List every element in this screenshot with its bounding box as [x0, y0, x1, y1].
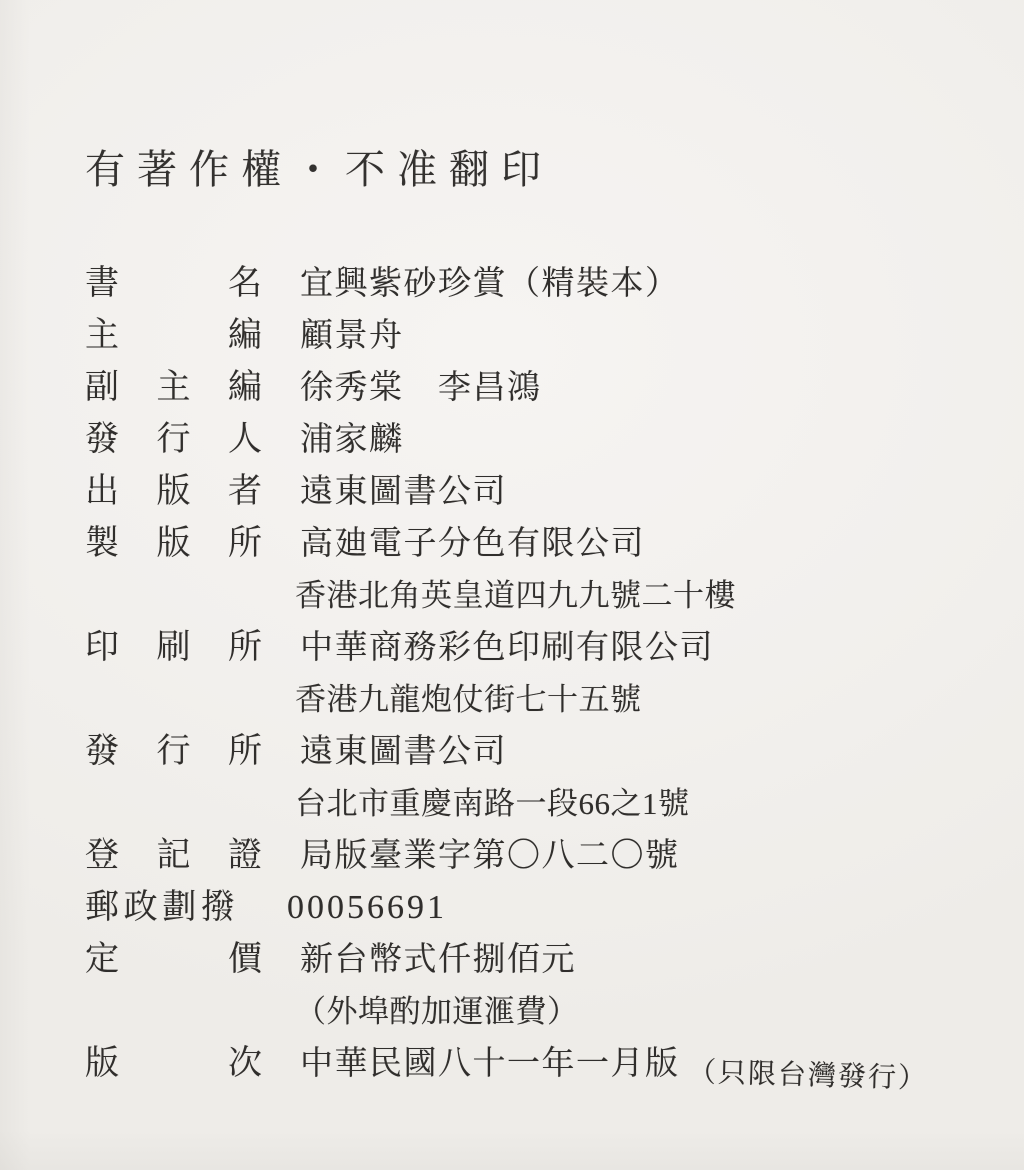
- colophon-row-plate-maker: 製版所高廸電子分色有限公司: [85, 518, 985, 570]
- field-value-printer: 中華商務彩色印刷有限公司: [300, 622, 714, 674]
- field-value-price: 新台幣式仟捌佰元: [300, 934, 576, 986]
- colophon-row-edition: 版次中華民國八十一年一月版（只限台灣發行）: [85, 1038, 985, 1090]
- field-value-price-note: （外埠酌加運滙費）: [295, 986, 579, 1038]
- field-value-deputy-editors: 徐秀棠 李昌鴻: [300, 362, 542, 414]
- colophon-row-price: 定價新台幣式仟捌佰元: [85, 934, 985, 986]
- field-value-note-edition: （只限台灣發行）: [687, 1047, 928, 1106]
- field-label-chief-editor: 主編: [85, 310, 262, 362]
- colophon-row-printer: 印刷所中華商務彩色印刷有限公司: [85, 622, 985, 674]
- field-label-printer: 印刷所: [85, 622, 262, 674]
- colophon-row-plate-maker-address: 香港北角英皇道四九九號二十樓: [85, 570, 985, 622]
- field-label-registration: 登記證: [85, 830, 262, 882]
- colophon-row-issuer: 發行人浦家麟: [85, 414, 985, 466]
- field-label-plate-maker: 製版所: [85, 518, 262, 570]
- colophon-page: 有著作權・不准翻印 書名宜興紫砂珍賞（精裝本）主編顧景舟副主編徐秀棠 李昌鴻發行…: [0, 0, 1024, 1170]
- field-value-publisher: 遠東圖書公司: [300, 466, 507, 518]
- colophon-row-chief-editor: 主編顧景舟: [85, 310, 985, 362]
- field-label-price: 定價: [85, 934, 262, 986]
- field-label-distributor: 發行所: [85, 726, 262, 778]
- field-value-edition: 中華民國八十一年一月版（只限台灣發行）: [300, 1038, 928, 1092]
- colophon-row-distributor-address: 台北市重慶南路一段66之1號: [85, 778, 985, 830]
- field-value-plate-maker-address: 香港北角英皇道四九九號二十樓: [295, 570, 736, 622]
- colophon-row-book-title: 書名宜興紫砂珍賞（精裝本）: [85, 258, 985, 310]
- field-value-postal-giro: 00056691: [287, 882, 447, 934]
- field-label-publisher: 出版者: [85, 466, 262, 518]
- colophon-row-printer-address: 香港九龍炮仗街七十五號: [85, 674, 985, 726]
- field-value-printer-address: 香港九龍炮仗街七十五號: [295, 674, 642, 726]
- field-value-book-title: 宜興紫砂珍賞（精裝本）: [300, 258, 680, 310]
- field-value-distributor-address: 台北市重慶南路一段66之1號: [295, 778, 690, 830]
- field-label-postal-giro: 郵政劃撥: [85, 882, 235, 934]
- field-value-distributor: 遠東圖書公司: [300, 726, 507, 778]
- colophon-row-publisher: 出版者遠東圖書公司: [85, 466, 985, 518]
- field-value-issuer: 浦家麟: [300, 414, 404, 466]
- field-label-edition: 版次: [85, 1038, 262, 1090]
- colophon-table: 書名宜興紫砂珍賞（精裝本）主編顧景舟副主編徐秀棠 李昌鴻發行人浦家麟出版者遠東圖…: [85, 258, 985, 1090]
- field-label-issuer: 發行人: [85, 414, 262, 466]
- field-value-chief-editor: 顧景舟: [300, 310, 404, 362]
- copyright-notice: 有著作權・不准翻印: [85, 138, 553, 195]
- colophon-row-deputy-editors: 副主編徐秀棠 李昌鴻: [85, 362, 985, 414]
- field-value-plate-maker: 高廸電子分色有限公司: [300, 518, 645, 570]
- colophon-row-postal-giro: 郵政劃撥00056691: [85, 882, 985, 934]
- colophon-row-registration: 登記證局版臺業字第〇八二〇號: [85, 830, 985, 882]
- colophon-row-distributor: 發行所遠東圖書公司: [85, 726, 985, 778]
- field-value-registration: 局版臺業字第〇八二〇號: [300, 830, 680, 882]
- field-label-book-title: 書名: [85, 258, 262, 310]
- field-label-deputy-editors: 副主編: [85, 362, 262, 414]
- colophon-row-price-note: （外埠酌加運滙費）: [85, 986, 985, 1038]
